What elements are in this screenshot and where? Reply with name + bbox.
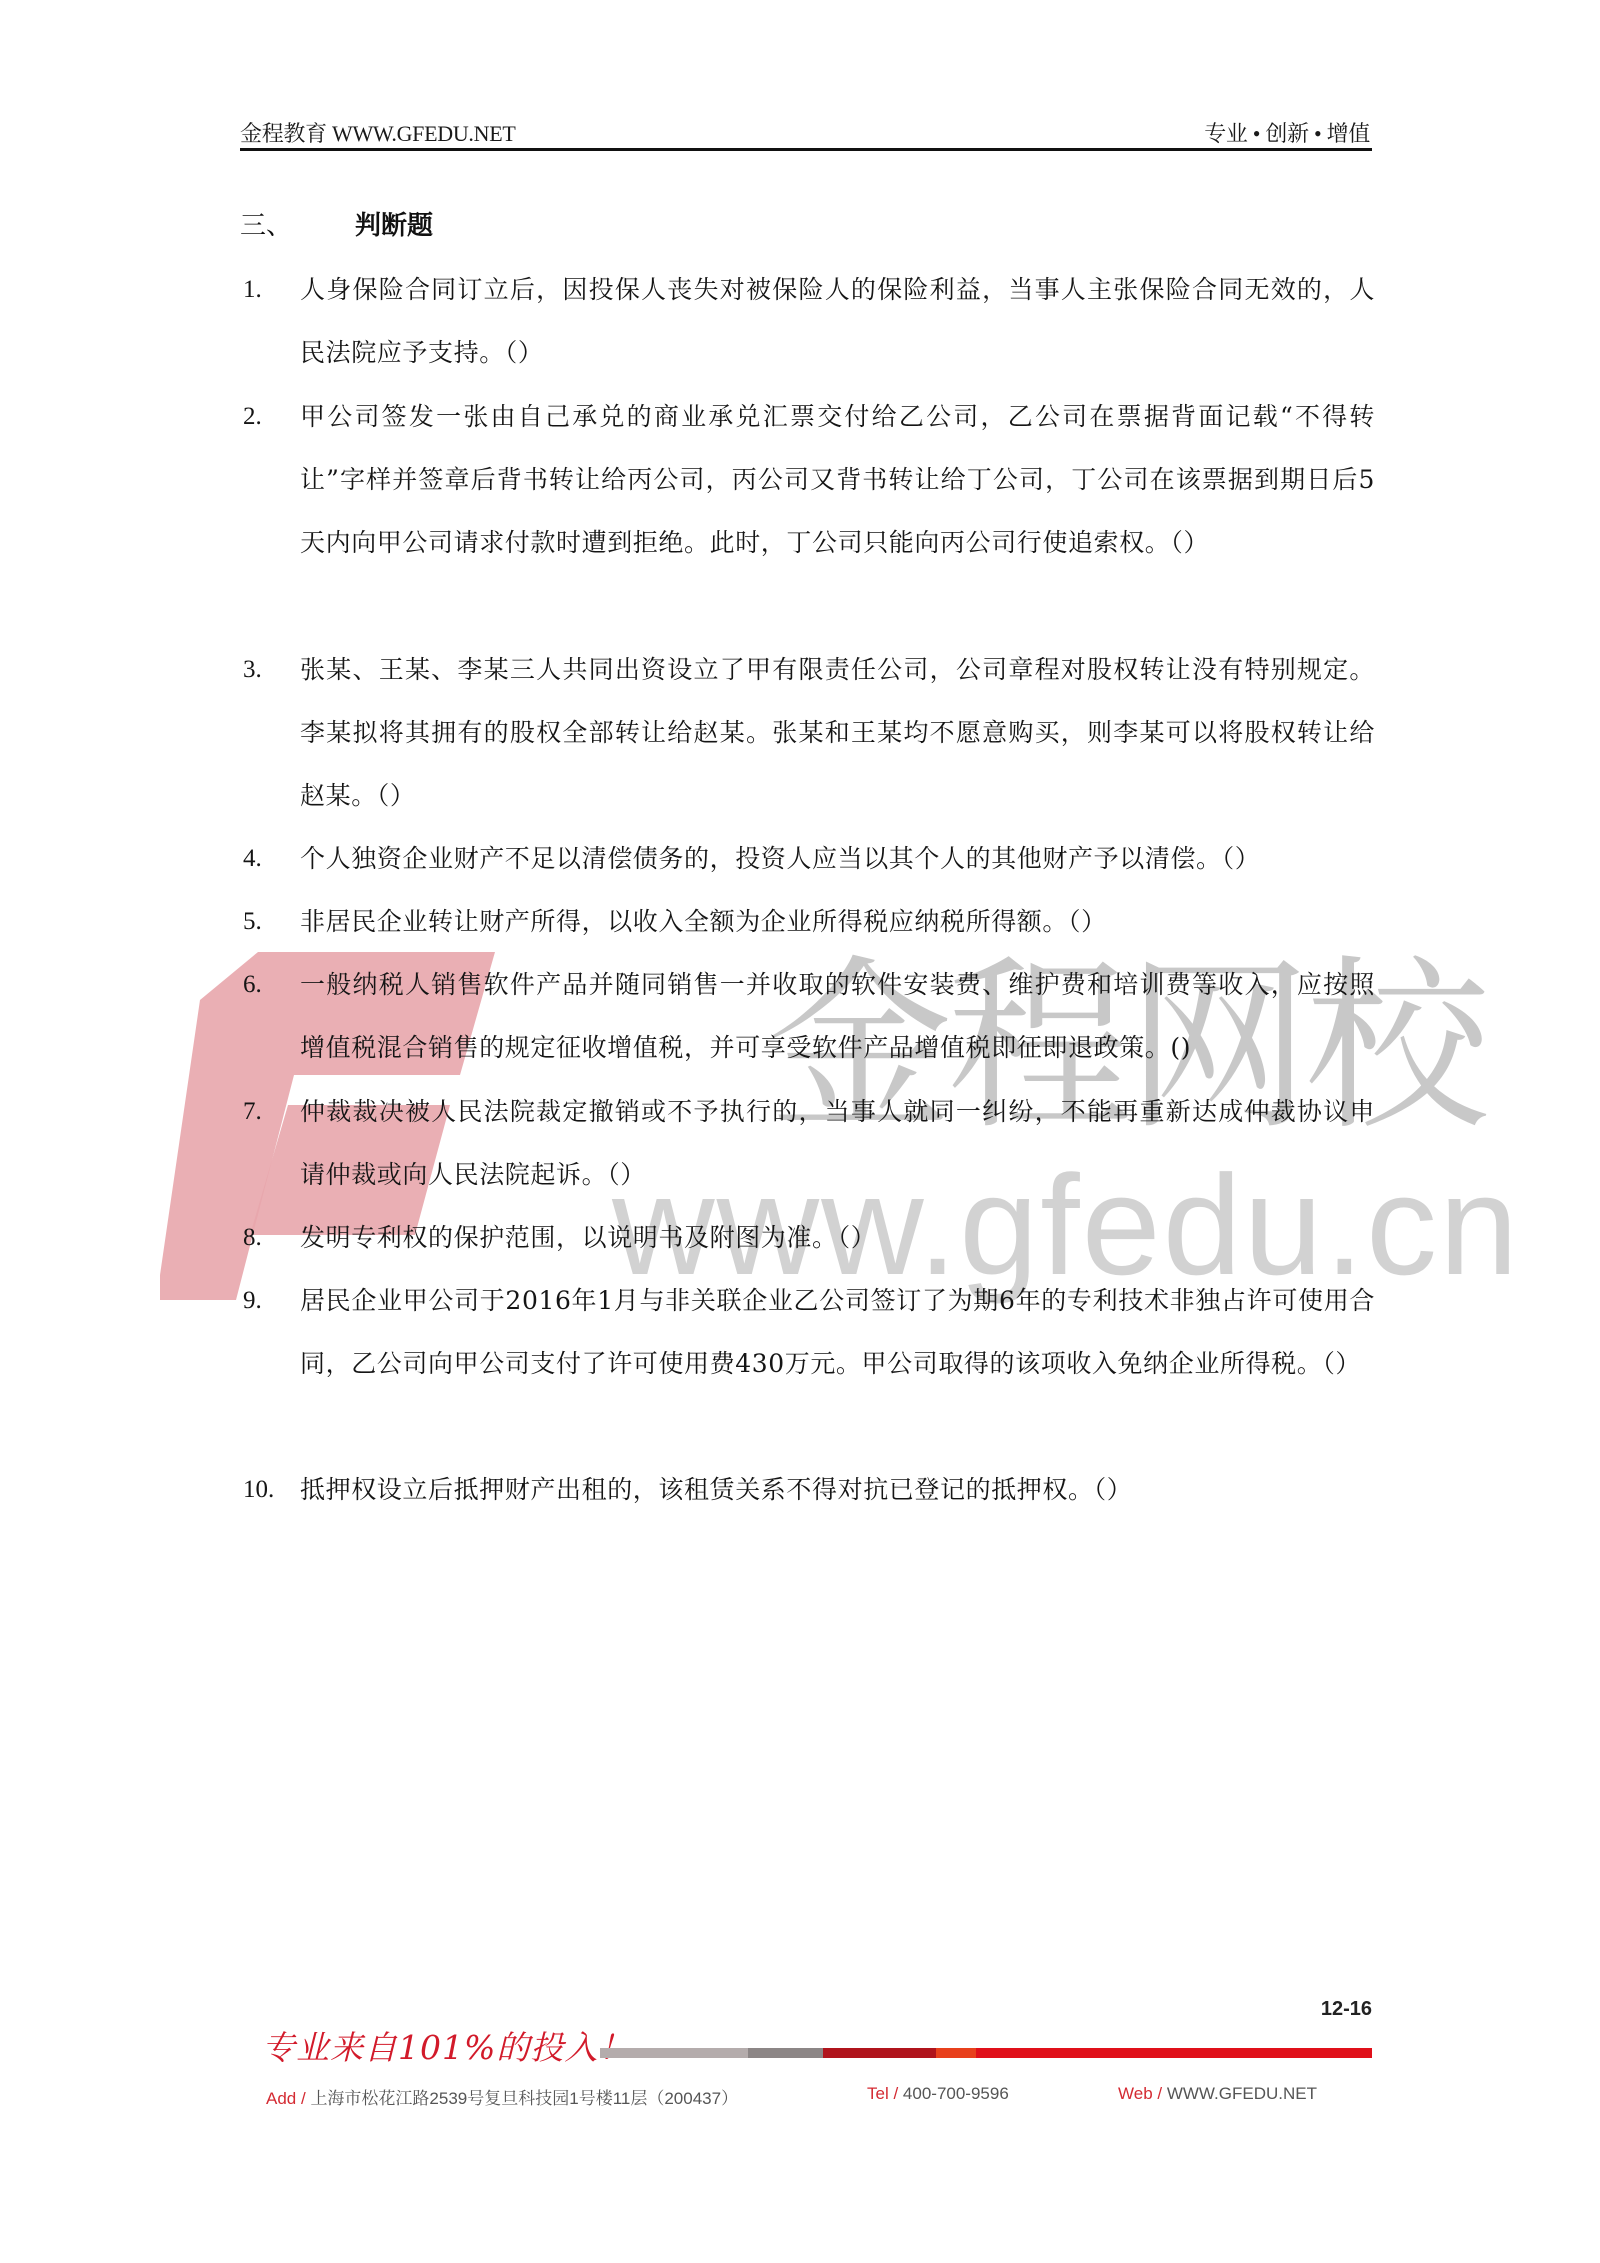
- question-text: 人身保险合同订立后，因投保人丧失对被保险人的保险利益，当事人主张保险合同无效的，…: [300, 258, 1375, 384]
- footer-bar-segment: [976, 2048, 1372, 2058]
- question-text: 仲裁裁决被人民法院裁定撤销或不予执行的，当事人就同一纠纷，不能再重新达成仲裁协议…: [300, 1080, 1375, 1206]
- website-url: WWW.GFEDU.NET: [1167, 2084, 1317, 2103]
- phone-number: 400-700-9596: [903, 2084, 1009, 2103]
- question-number: 3.: [243, 638, 262, 701]
- question-text: 发明专利权的保护范围，以说明书及附图为准。（）: [300, 1206, 1375, 1269]
- question-item: 5. 非居民企业转让财产所得，以收入全额为企业所得税应纳税所得额。（）: [240, 890, 1375, 953]
- question-number: 1.: [243, 258, 262, 321]
- question-item: 3. 张某、王某、李某三人共同出资设立了甲有限责任公司，公司章程对股权转让没有特…: [240, 638, 1375, 827]
- section-number: 三、: [240, 205, 355, 242]
- footer-slogan: 专业来自101%的投入！: [262, 2022, 632, 2069]
- address-label: Add /: [266, 2089, 306, 2108]
- page-header: 金程教育 WWW.GFEDU.NET 专业 • 创新 • 增值: [240, 112, 1370, 148]
- question-number: 6.: [243, 953, 262, 1016]
- footer-bar-segment: [936, 2048, 976, 2058]
- question-item: 2. 甲公司签发一张由自己承兑的商业承兑汇票交付给乙公司，乙公司在票据背面记载“…: [240, 385, 1375, 574]
- question-item: 8. 发明专利权的保护范围，以说明书及附图为准。（）: [240, 1206, 1375, 1269]
- question-number: 7.: [243, 1080, 262, 1143]
- website-label: Web /: [1118, 2084, 1162, 2103]
- question-number: 5.: [243, 890, 262, 953]
- question-text: 一般纳税人销售软件产品并随同销售一并收取的软件安装费、维护费和培训费等收入，应按…: [300, 953, 1375, 1079]
- footer-bar-segment: [748, 2048, 823, 2058]
- question-number: 4.: [243, 827, 262, 890]
- question-text: 非居民企业转让财产所得，以收入全额为企业所得税应纳税所得额。（）: [300, 890, 1375, 953]
- phone-label: Tel /: [867, 2084, 898, 2103]
- question-item: 1. 人身保险合同订立后，因投保人丧失对被保险人的保险利益，当事人主张保险合同无…: [240, 258, 1375, 384]
- section-heading: 三、判断题: [240, 205, 433, 242]
- question-text: 个人独资企业财产不足以清偿债务的，投资人应当以其个人的其他财产予以清偿。（）: [300, 827, 1375, 890]
- question-text: 抵押权设立后抵押财产出租的，该租赁关系不得对抗已登记的抵押权。（）: [300, 1458, 1375, 1521]
- document-page: 金程教育 WWW.GFEDU.NET 专业 • 创新 • 增值 金程网校 www…: [0, 0, 1600, 2263]
- page-number: 12-16: [1310, 1998, 1372, 2021]
- address-text: 上海市松花江路2539号复旦科技园1号楼11层（200437）: [310, 2089, 738, 2108]
- question-item: 9. 居民企业甲公司于2016年1月与非关联企业乙公司签订了为期6年的专利技术非…: [240, 1269, 1375, 1395]
- question-text: 张某、王某、李某三人共同出资设立了甲有限责任公司，公司章程对股权转让没有特别规定…: [300, 638, 1375, 827]
- question-text: 甲公司签发一张由自己承兑的商业承兑汇票交付给乙公司，乙公司在票据背面记载“不得转…: [300, 385, 1375, 574]
- header-tagline: 专业 • 创新 • 增值: [1204, 117, 1370, 148]
- footer-address: Add / 上海市松花江路2539号复旦科技园1号楼11层（200437）: [266, 2084, 738, 2109]
- question-number: 10.: [243, 1458, 274, 1521]
- question-text: 居民企业甲公司于2016年1月与非关联企业乙公司签订了为期6年的专利技术非独占许…: [300, 1269, 1375, 1395]
- question-item: 10. 抵押权设立后抵押财产出租的，该租赁关系不得对抗已登记的抵押权。（）: [240, 1458, 1375, 1521]
- question-item: 6. 一般纳税人销售软件产品并随同销售一并收取的软件安装费、维护费和培训费等收入…: [240, 953, 1375, 1079]
- header-brand: 金程教育 WWW.GFEDU.NET: [240, 117, 515, 148]
- header-divider: [240, 148, 1372, 151]
- footer-phone: Tel / 400-700-9596: [867, 2084, 1009, 2104]
- question-item: 4. 个人独资企业财产不足以清偿债务的，投资人应当以其个人的其他财产予以清偿。（…: [240, 827, 1375, 890]
- footer-bar-segment: [600, 2048, 748, 2058]
- section-title: 判断题: [355, 211, 433, 241]
- question-item: 7. 仲裁裁决被人民法院裁定撤销或不予执行的，当事人就同一纠纷，不能再重新达成仲…: [240, 1080, 1375, 1206]
- question-number: 8.: [243, 1206, 262, 1269]
- question-number: 2.: [243, 385, 262, 448]
- question-number: 9.: [243, 1269, 262, 1332]
- footer-bar-segment: [823, 2048, 936, 2058]
- footer-website: Web / WWW.GFEDU.NET: [1118, 2084, 1317, 2104]
